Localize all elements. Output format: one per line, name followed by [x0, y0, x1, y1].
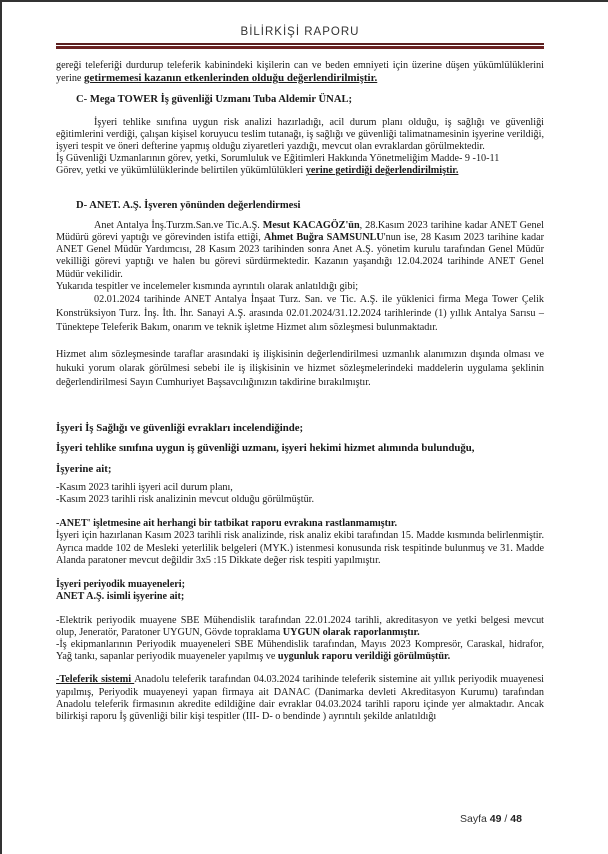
section-c-para1: İşyeri tehlike sınıfına uygun risk anali…	[56, 117, 544, 154]
header-rule-thick	[56, 46, 544, 49]
section-c-para2: İş Güvenliği Uzmanlarının görev, yetki, …	[56, 153, 544, 177]
risk-analysis-paragraph: İşyeri için hazırlanan Kasım 2023 tarihl…	[56, 530, 544, 567]
header-rule-thin	[56, 43, 544, 45]
evrak-list-item: -Kasım 2023 tarihli işyeri acil durum pl…	[56, 482, 544, 494]
section-d-para2: Yukarıda tespitler ve incelemeler kısmın…	[56, 281, 544, 293]
section-c-heading: C- Mega TOWER İş güvenliği Uzmanı Tuba A…	[76, 94, 544, 106]
intro-paragraph: gereği teleferiği durdurup teleferik kab…	[56, 60, 544, 85]
evrak-subheading: İşyeri tehlike sınıfına uygun iş güvenli…	[56, 442, 544, 454]
section-d-para1: Anet Antalya İnş.Turzm.San.ve Tic.A.Ş. M…	[56, 220, 544, 281]
ekipman-muayene: -İş ekipmanlarının Periyodik muayeneleri…	[56, 639, 544, 663]
section-d-heading: D- ANET. A.Ş. İşveren yönünden değerlend…	[76, 200, 544, 212]
section-d-para4: Hizmet alım sözleşmesinde taraflar arası…	[56, 348, 544, 391]
elektrik-muayene: -Elektrik periyodik muayene SBE Mühendis…	[56, 615, 544, 639]
section-d-para3: 02.01.2024 tarihinde ANET Antalya İnşaat…	[56, 293, 544, 336]
document-body: gereği teleferiği durdurup teleferik kab…	[56, 60, 544, 723]
page-number: Sayfa 49 / 48	[460, 813, 522, 825]
evrak-heading: İşyeri İş Sağlığı ve güvenliği evrakları…	[56, 422, 544, 434]
tatbikat-note: -ANET' işletmesine ait herhangi bir tatb…	[56, 518, 544, 530]
report-header: BİLİRKİŞİ RAPORU	[56, 26, 544, 38]
periyodik-heading: İşyeri periyodik muayeneleri;	[56, 579, 544, 591]
conclusion-text: getirmemesi kazanın etkenlerinden olduğu…	[84, 72, 377, 84]
evrak-list-item: -Kasım 2023 tarihli risk analizinin mevc…	[56, 494, 544, 506]
evrak-isyerine-ait: İşyerine ait;	[56, 463, 544, 475]
periyodik-subheading: ANET A.Ş. isimli işyerine ait;	[56, 591, 544, 603]
teleferik-muayene: -Teleferik sistemi Anadolu teleferik tar…	[56, 674, 544, 723]
